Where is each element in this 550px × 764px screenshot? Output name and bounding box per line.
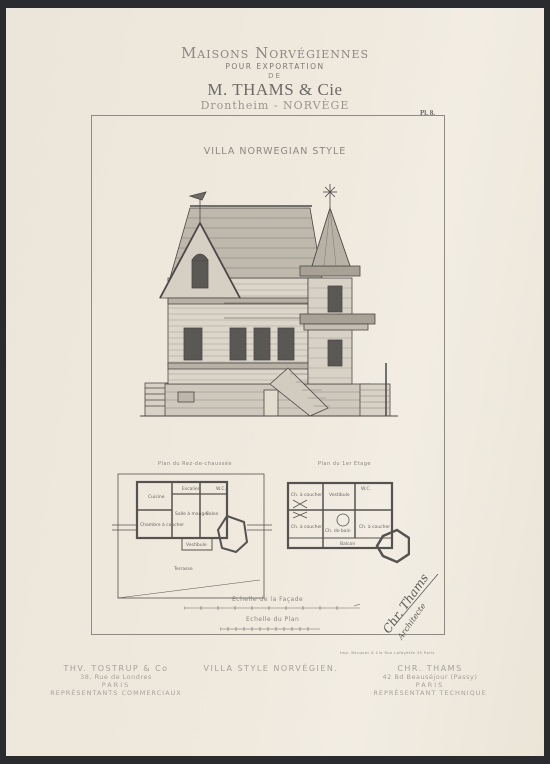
room-label-wc-1: W.C.	[361, 486, 371, 492]
ground-floor-plan-label: Plan du Rez-de-chaussée	[158, 461, 232, 467]
header-line-3: DE	[0, 72, 550, 80]
room-label-vestibule: Vestibule	[186, 542, 207, 548]
footer-right: CHR. THAMS 42 Bd Beauséjour (Passy) PARI…	[355, 664, 505, 697]
signature-underline	[392, 572, 442, 628]
footer-right-city: PARIS	[355, 681, 505, 689]
footer-left-role: REPRÉSENTANTS COMMERCIAUX	[50, 689, 182, 697]
room-label-terrasse: Terrasse	[173, 566, 193, 572]
footer-center-title: VILLA STYLE NORVÉGIEN.	[196, 664, 346, 673]
room-label-ch-coucher-1: Ch. à coucher	[291, 491, 322, 498]
footer-right-name: CHR. THAMS	[355, 664, 505, 673]
room-label-vestibule-1: Vestibule	[329, 492, 350, 498]
room-label-cuisine: Cuisine	[148, 494, 165, 500]
room-label-escalier: Escalier	[182, 486, 200, 492]
room-label-wc: W.C.	[216, 486, 226, 492]
room-label-ch-coucher-2: Ch. à coucher	[291, 523, 322, 530]
scale-facade-bar	[184, 604, 360, 612]
room-label-chambre: Chambre à coucher	[140, 521, 184, 528]
room-label-ch-coucher-3: Ch. à coucher	[359, 523, 390, 530]
footer-left-city: PARIS	[50, 681, 182, 689]
header-location: Drontheim - NORVÈGE	[0, 99, 550, 112]
first-floor-plan-label: Plan du 1er Etage	[318, 461, 371, 467]
room-label-balcon: Balcon	[340, 541, 355, 547]
ground-floor-plan: Cuisine Escalier W.C. Salle à manger Cha…	[112, 470, 272, 602]
header-company: M. THAMS & Cie	[0, 80, 550, 100]
footer-right-address: 42 Bd Beauséjour (Passy)	[355, 673, 505, 681]
scale-plan-bar	[220, 625, 320, 633]
room-label-ch-bain: Ch. de bain	[325, 528, 351, 534]
footer-left-address: 38, Rue de Londres	[50, 673, 182, 681]
header-line-1: Maisons Norvégiennes	[0, 44, 550, 62]
house-elevation-drawing	[140, 178, 400, 418]
footer-left-name: THV. TOSTRUP & Co	[50, 664, 182, 673]
drawing-title: VILLA NORWEGIAN STYLE	[0, 146, 550, 157]
printer-credit: Imp. Becquet & Cie Rue Lafayette 35 Pari…	[340, 651, 435, 655]
header-line-2: POUR EXPORTATION	[0, 62, 550, 71]
footer-right-role: REPRÉSENTANT TECHNIQUE	[355, 689, 505, 697]
room-label-salle-a-manger: Salle à manger	[175, 510, 209, 517]
scale-plan-label: Echelle du Plan	[246, 616, 299, 623]
footer-center: VILLA STYLE NORVÉGIEN.	[196, 664, 346, 673]
room-label-salon: Salon	[206, 511, 219, 517]
scale-facade-label: Echelle de la Façade	[232, 596, 303, 603]
footer-left: THV. TOSTRUP & Co 38, Rue de Londres PAR…	[50, 664, 182, 697]
first-floor-plan: Ch. à coucher Vestibule W.C. Ch. à couch…	[285, 478, 410, 573]
